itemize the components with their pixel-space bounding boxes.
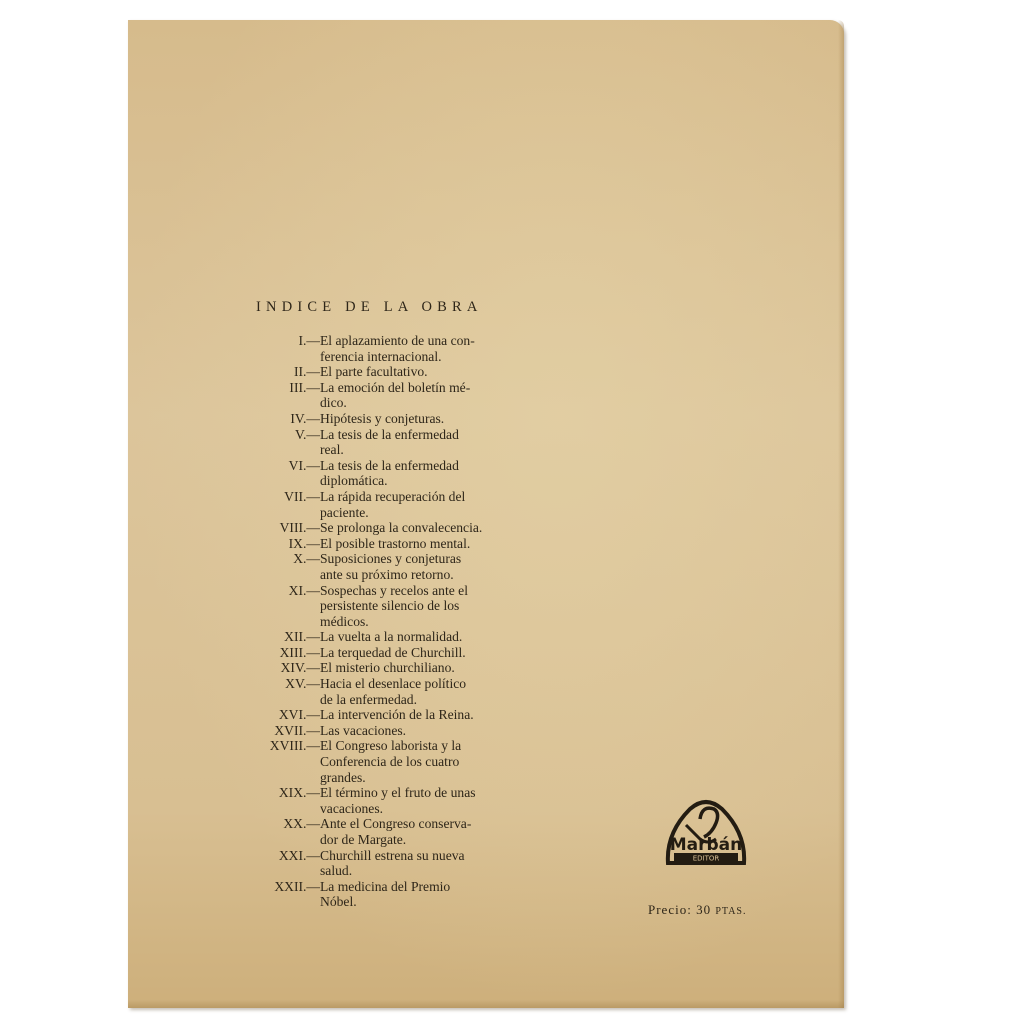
chapter-title-line: salud.: [320, 863, 526, 879]
chapter-number: V.—: [256, 427, 320, 458]
chapter-number: XXI.—: [256, 848, 320, 879]
chapter-title-line: ante su próximo retorno.: [320, 567, 526, 583]
chapter-title-line: Nóbel.: [320, 894, 526, 910]
index-title: INDICE DE LA OBRA: [256, 299, 483, 316]
toc-entry: VIII.—Se prolonga la convalecencia.: [256, 520, 526, 536]
chapter-title-line: La intervención de la Reina.: [320, 707, 526, 723]
chapter-title: La medicina del PremioNóbel.: [320, 879, 526, 910]
toc-entry: II.—El parte facultativo.: [256, 364, 526, 380]
chapter-number: XXII.—: [256, 879, 320, 910]
chapter-title-line: ferencia internacional.: [320, 349, 526, 365]
chapter-number: XIV.—: [256, 660, 320, 676]
table-of-contents: I.—El aplazamiento de una con-ferencia i…: [256, 333, 526, 910]
chapter-number: III.—: [256, 380, 320, 411]
chapter-title-line: vacaciones.: [320, 801, 526, 817]
chapter-title-line: Ante el Congreso conserva-: [320, 816, 526, 832]
toc-entry: XX.—Ante el Congreso conserva-dor de Mar…: [256, 816, 526, 847]
toc-entry: XV.—Hacia el desenlace políticode la enf…: [256, 676, 526, 707]
chapter-number: XIII.—: [256, 645, 320, 661]
chapter-title-line: El término y el fruto de unas: [320, 785, 526, 801]
chapter-title-line: El posible trastorno mental.: [320, 536, 526, 552]
toc-entry: I.—El aplazamiento de una con-ferencia i…: [256, 333, 526, 364]
chapter-number: I.—: [256, 333, 320, 364]
chapter-title-line: persistente silencio de los: [320, 598, 526, 614]
chapter-number: X.—: [256, 551, 320, 582]
price-label: Precio:: [648, 902, 692, 917]
chapter-number: IV.—: [256, 411, 320, 427]
chapter-title-line: Se prolonga la convalecencia.: [320, 520, 526, 536]
toc-entry: XVII.—Las vacaciones.: [256, 723, 526, 739]
toc-entry: III.—La emoción del boletín mé-dico.: [256, 380, 526, 411]
chapter-title: Ante el Congreso conserva-dor de Margate…: [320, 816, 526, 847]
chapter-number: XVI.—: [256, 707, 320, 723]
chapter-number: XI.—: [256, 583, 320, 630]
toc-entry: IX.—El posible trastorno mental.: [256, 536, 526, 552]
chapter-title-line: paciente.: [320, 505, 526, 521]
toc-entry: XXII.—La medicina del PremioNóbel.: [256, 879, 526, 910]
chapter-title-line: Sospechas y recelos ante el: [320, 583, 526, 599]
chapter-title-line: Hacia el desenlace político: [320, 676, 526, 692]
chapter-title-line: La terquedad de Churchill.: [320, 645, 526, 661]
chapter-title: La tesis de la enfermedaddiplomática.: [320, 458, 526, 489]
chapter-title: Hipótesis y conjeturas.: [320, 411, 526, 427]
chapter-title-line: El aplazamiento de una con-: [320, 333, 526, 349]
price-currency: PTAS.: [715, 906, 746, 917]
chapter-number: IX.—: [256, 536, 320, 552]
toc-entry: XIX.—El término y el fruto de unasvacaci…: [256, 785, 526, 816]
toc-entry: XVI.—La intervención de la Reina.: [256, 707, 526, 723]
toc-entry: VII.—La rápida recuperación delpaciente.: [256, 489, 526, 520]
chapter-number: XIX.—: [256, 785, 320, 816]
chapter-title-line: Churchill estrena su nueva: [320, 848, 526, 864]
toc-entry: XII.—La vuelta a la normalidad.: [256, 629, 526, 645]
publisher-subtitle: EDITOR: [693, 855, 720, 863]
chapter-title: Se prolonga la convalecencia.: [320, 520, 526, 536]
toc-entry: X.—Suposiciones y conjeturasante su próx…: [256, 551, 526, 582]
toc-entry: VI.—La tesis de la enfermedaddiplomática…: [256, 458, 526, 489]
chapter-title: La vuelta a la normalidad.: [320, 629, 526, 645]
chapter-number: VII.—: [256, 489, 320, 520]
chapter-title: El aplazamiento de una con-ferencia inte…: [320, 333, 526, 364]
chapter-title: La tesis de la enfermedadreal.: [320, 427, 526, 458]
chapter-title-line: La medicina del Premio: [320, 879, 526, 895]
chapter-title: El Congreso laborista y laConferencia de…: [320, 738, 526, 785]
chapter-title-line: Las vacaciones.: [320, 723, 526, 739]
chapter-title: Sospechas y recelos ante elpersistente s…: [320, 583, 526, 630]
chapter-number: VIII.—: [256, 520, 320, 536]
chapter-title-line: diplomática.: [320, 473, 526, 489]
chapter-title-line: El parte facultativo.: [320, 364, 526, 380]
chapter-title-line: La tesis de la enfermedad: [320, 427, 526, 443]
chapter-number: II.—: [256, 364, 320, 380]
chapter-title: Hacia el desenlace políticode la enferme…: [320, 676, 526, 707]
price: Precio: 30 PTAS.: [648, 902, 746, 918]
chapter-title: El término y el fruto de unasvacaciones.: [320, 785, 526, 816]
chapter-title-line: La vuelta a la normalidad.: [320, 629, 526, 645]
chapter-title-line: Suposiciones y conjeturas: [320, 551, 526, 567]
toc-entry: XXI.—Churchill estrena su nuevasalud.: [256, 848, 526, 879]
chapter-title-line: de la enfermedad.: [320, 692, 526, 708]
chapter-number: VI.—: [256, 458, 320, 489]
chapter-title-line: dor de Margate.: [320, 832, 526, 848]
chapter-title: La emoción del boletín mé-dico.: [320, 380, 526, 411]
toc-entry: XIV.—El misterio churchiliano.: [256, 660, 526, 676]
chapter-number: XX.—: [256, 816, 320, 847]
chapter-title: La terquedad de Churchill.: [320, 645, 526, 661]
chapter-title: El misterio churchiliano.: [320, 660, 526, 676]
publisher-name: Marbán: [670, 835, 743, 855]
chapter-title-line: Hipótesis y conjeturas.: [320, 411, 526, 427]
chapter-title-line: La rápida recuperación del: [320, 489, 526, 505]
toc-entry: XVIII.—El Congreso laborista y laConfere…: [256, 738, 526, 785]
chapter-number: XVIII.—: [256, 738, 320, 785]
price-amount: 30: [696, 902, 711, 917]
chapter-title: Churchill estrena su nuevasalud.: [320, 848, 526, 879]
chapter-title-line: real.: [320, 442, 526, 458]
toc-entry: XIII.—La terquedad de Churchill.: [256, 645, 526, 661]
toc-entry: IV.—Hipótesis y conjeturas.: [256, 411, 526, 427]
chapter-title-line: dico.: [320, 395, 526, 411]
chapter-title: Las vacaciones.: [320, 723, 526, 739]
toc-entry: XI.—Sospechas y recelos ante elpersisten…: [256, 583, 526, 630]
chapter-title-line: La emoción del boletín mé-: [320, 380, 526, 396]
chapter-title-line: El misterio churchiliano.: [320, 660, 526, 676]
chapter-title: Suposiciones y conjeturasante su próximo…: [320, 551, 526, 582]
publisher-logo-icon: Marbán EDITOR: [660, 793, 752, 871]
chapter-title-line: médicos.: [320, 614, 526, 630]
toc-entry: V.—La tesis de la enfermedadreal.: [256, 427, 526, 458]
chapter-title: La intervención de la Reina.: [320, 707, 526, 723]
chapter-title: El posible trastorno mental.: [320, 536, 526, 552]
chapter-title-line: grandes.: [320, 770, 526, 786]
chapter-title-line: Conferencia de los cuatro: [320, 754, 526, 770]
chapter-title: La rápida recuperación delpaciente.: [320, 489, 526, 520]
chapter-title-line: La tesis de la enfermedad: [320, 458, 526, 474]
chapter-title: El parte facultativo.: [320, 364, 526, 380]
chapter-number: XVII.—: [256, 723, 320, 739]
chapter-number: XII.—: [256, 629, 320, 645]
chapter-number: XV.—: [256, 676, 320, 707]
chapter-title-line: El Congreso laborista y la: [320, 738, 526, 754]
